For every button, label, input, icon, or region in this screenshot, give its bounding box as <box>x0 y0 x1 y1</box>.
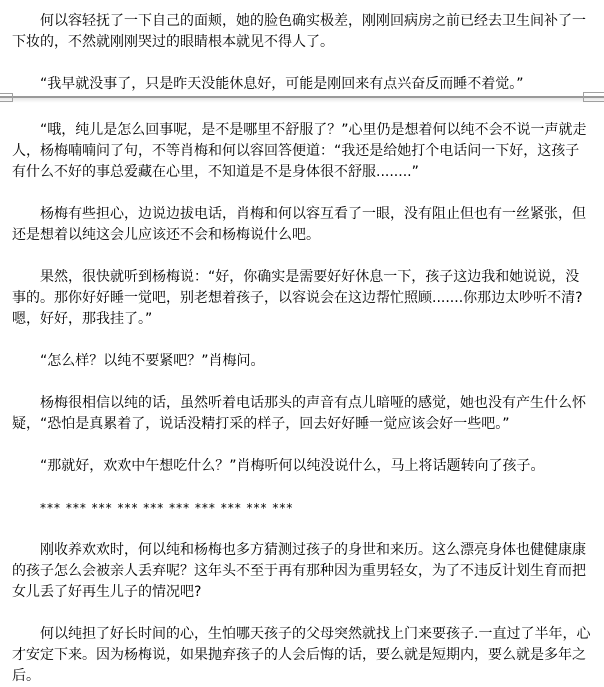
page-break-shadow <box>0 98 604 103</box>
section-break: *** *** *** *** *** *** *** *** *** *** <box>12 498 592 519</box>
right-margin-marker-icon <box>583 92 604 102</box>
paragraph: “哦，纯儿是怎么回事呢，是不是哪里不舒服了？”心里仍是想着何以纯不会不说一声就走… <box>12 120 592 183</box>
paragraph: 刚收养欢欢时，何以纯和杨梅也多方猜测过孩子的身世和来历。这么漂亮身体也健健康康的… <box>12 540 592 603</box>
document-page-top: 何以容轻抚了一下自己的面颊，她的脸色确实极差，刚刚回病房之前已经去卫生间补了一下… <box>0 0 604 95</box>
paragraph: “那就好，欢欢中午想吃什么？”肖梅听何以纯没说什么，马上将话题转向了孩子。 <box>12 456 592 477</box>
page-break-separator <box>0 90 604 104</box>
paragraph: 何以容轻抚了一下自己的面颊，她的脸色确实极差，刚刚回病房之前已经去卫生间补了一下… <box>12 11 592 53</box>
paragraph: “怎么样？以纯不要紧吧？”肖梅问。 <box>12 351 592 372</box>
paragraph: 杨梅有些担心，边说边拔电话，肖梅和何以容互看了一眼，没有阻止但也有一丝紧张，但还… <box>12 204 592 246</box>
document-page-bottom: “哦，纯儿是怎么回事呢，是不是哪里不舒服了？”心里仍是想着何以纯不会不说一声就走… <box>0 110 604 687</box>
paragraph: 果然，很快就听到杨梅说：“好，你确实是需要好好休息一下，孩子这边我和她说说，没事… <box>12 267 592 330</box>
paragraph: 杨梅很相信以纯的话，虽然听着电话那头的声音有点儿暗哑的感觉，她也没有产生什么怀疑… <box>12 393 592 435</box>
paragraph: 何以纯担了好长时间的心，生怕哪天孩子的父母突然就找上门来要孩子.一直过了半年，心… <box>12 624 592 687</box>
left-margin-marker-icon <box>0 93 13 102</box>
